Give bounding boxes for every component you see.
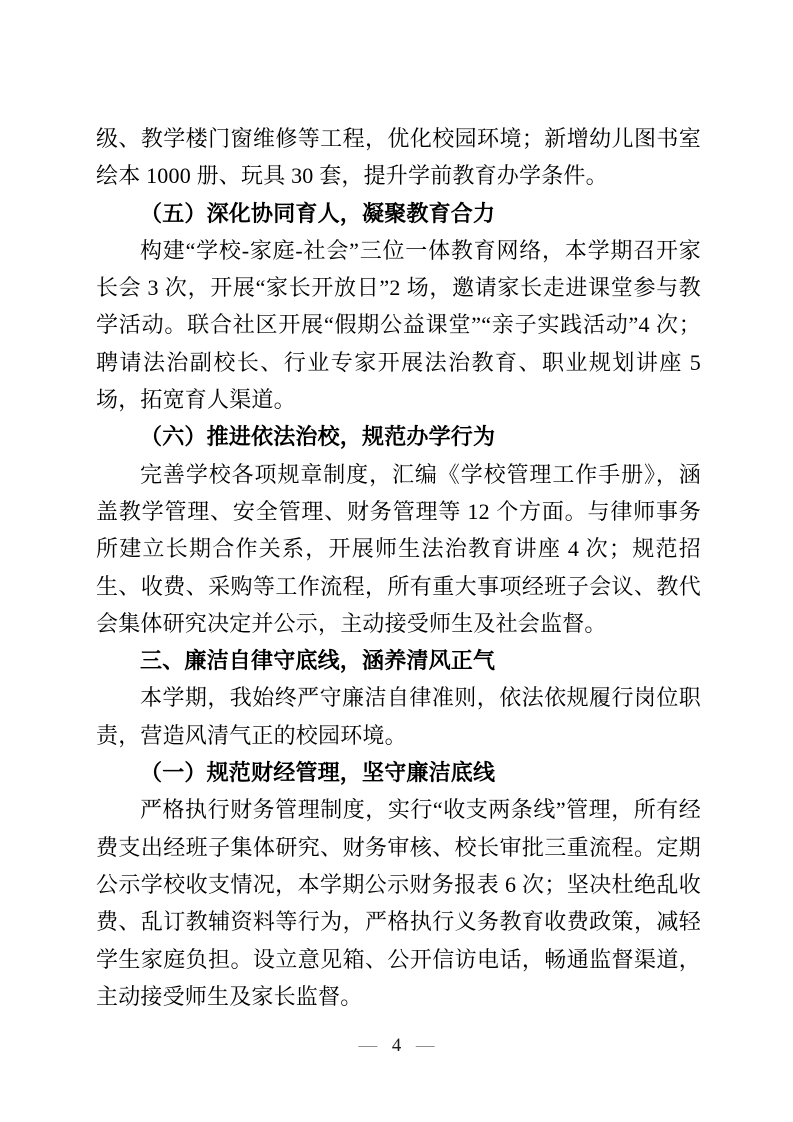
paragraph-law-based-governance: 完善学校各项规章制度，汇编《学校管理工作手册》，涵盖教学管理、安全管理、财务管理…	[96, 456, 701, 642]
document-page: 级、教学楼门窗维修等工程，优化校园环境；新增幼儿图书室绘本 1000 册、玩具 …	[0, 0, 793, 1122]
chapter-heading-3: 三、廉洁自律守底线，涵养清风正气	[96, 642, 701, 679]
page-number-value: 4	[392, 1035, 401, 1056]
paragraph-integrity-intro: 本学期，我始终严守廉洁自律准则，依法依规履行岗位职责，营造风清气正的校园环境。	[96, 679, 701, 754]
section-heading-6: （六）推进依法治校，规范办学行为	[96, 418, 701, 455]
section-heading-5: （五）深化协同育人，凝聚教育合力	[96, 195, 701, 232]
page-footer: — 4 —	[0, 1032, 793, 1060]
section-heading-1: （一）规范财经管理，坚守廉洁底线	[96, 754, 701, 791]
paragraph-financial-management: 严格执行财务管理制度，实行“收支两条线”管理，所有经费支出经班子集体研究、财务审…	[96, 791, 701, 1015]
page-number-dash-right: —	[416, 1035, 435, 1056]
document-body: 级、教学楼门窗维修等工程，优化校园环境；新增幼儿图书室绘本 1000 册、玩具 …	[96, 120, 701, 1015]
page-number-dash-left: —	[358, 1035, 377, 1056]
paragraph-collaborative-education: 构建“学校-家庭-社会”三位一体教育网络，本学期召开家长会 3 次，开展“家长开…	[96, 232, 701, 418]
paragraph-continuation: 级、教学楼门窗维修等工程，优化校园环境；新增幼儿图书室绘本 1000 册、玩具 …	[96, 120, 701, 195]
